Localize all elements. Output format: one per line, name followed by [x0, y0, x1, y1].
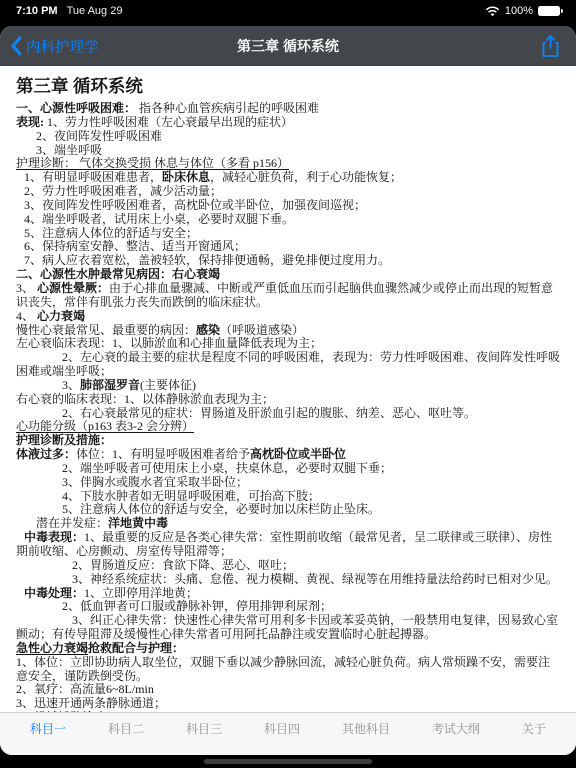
status-left: 7:10 PM Tue Aug 29	[16, 5, 122, 17]
doc-paragraph: 急性心力衰竭抢救配合与护理：	[16, 642, 560, 656]
doc-paragraph: 2、劳力性呼吸困难者，减少活动量；	[16, 185, 560, 199]
doc-paragraph: 2、左心衰的最主要的症状是程度不同的呼吸困难，表现为：劳力性呼吸困难、夜间阵发性…	[16, 351, 560, 379]
battery-percent-label: 100%	[505, 5, 533, 17]
document-view[interactable]: 第三章 循环系统 一、心源性呼吸困难： 指各种心血管疾病引起的呼吸困难表现: 1…	[0, 66, 576, 712]
doc-paragraph: 体液过多：体位：1、有明显呼吸困难者给予高枕卧位或半卧位	[16, 448, 560, 462]
document-body: 一、心源性呼吸困难： 指各种心血管疾病引起的呼吸困难表现: 1、劳力性呼吸困难（…	[16, 102, 560, 712]
tab-subject-1[interactable]: 科目一	[30, 720, 66, 737]
doc-paragraph: 一、心源性呼吸困难： 指各种心血管疾病引起的呼吸困难	[16, 102, 560, 116]
chevron-left-icon	[10, 36, 22, 56]
doc-paragraph: 3、纠正心律失常：快速性心律失常可用利多卡因或苯妥英钠，一般禁用电复律，因易致心…	[16, 614, 560, 642]
status-date: Tue Aug 29	[67, 5, 123, 17]
ipad-screen: 7:10 PM Tue Aug 29 100% 内科护理学 第三章 循环系统	[0, 0, 576, 768]
document-title: 第三章 循环系统	[16, 73, 560, 98]
doc-paragraph: 3、 心源性晕厥：由于心排血量骤减、中断或严重低血压而引起脑供血骤然减少或停止而…	[16, 282, 560, 310]
doc-paragraph: 4、端坐呼吸者，试用床上小桌，必要时双腿下垂。	[16, 213, 560, 227]
doc-paragraph: 3、夜间阵发性呼吸困难者，高枕卧位或半卧位，加强夜间巡视；	[16, 199, 560, 213]
share-button[interactable]	[541, 34, 560, 58]
doc-paragraph: 2、胃肠道反应：食欲下降、恶心、呕吐；	[16, 559, 560, 573]
doc-paragraph: 4、 心力衰竭	[16, 310, 560, 324]
doc-paragraph: 2、端坐呼吸者可使用床上小桌，扶桌休息，必要时双腿下垂；	[16, 462, 560, 476]
status-time: 7:10 PM	[16, 5, 58, 17]
doc-paragraph: 3、伴胸水或腹水者宜采取半卧位；	[16, 476, 560, 490]
battery-icon	[538, 6, 560, 16]
tab-bar: 科目一 科目二 科目三 科目四 其他科目 考试大纲 关于	[0, 712, 576, 755]
status-bar: 7:10 PM Tue Aug 29 100%	[0, 0, 576, 26]
doc-paragraph: 2、夜间阵发性呼吸困难	[16, 130, 560, 144]
doc-paragraph: 3、肺部湿罗音(主要体征)	[16, 379, 560, 393]
wifi-icon	[485, 6, 500, 17]
doc-paragraph: 中毒表现：1、最重要的反应是各类心律失常：室性期前收缩（最常见者，呈二联律或三联…	[16, 531, 560, 559]
doc-paragraph: 二、心源性水肿最常见病因：右心衰竭	[16, 268, 560, 282]
doc-paragraph: 3、神经系统症状：头痛、怠倦、视力模糊、黄视、绿视等在用维持量法给药时已相对少见…	[16, 573, 560, 587]
doc-paragraph: 1、有明显呼吸困难患者，卧床休息，减轻心脏负荷，利于心功能恢复；	[16, 171, 560, 185]
tab-subject-4[interactable]: 科目四	[264, 720, 300, 737]
tab-exam-outline[interactable]: 考试大纲	[432, 720, 480, 737]
navigation-bar: 内科护理学 第三章 循环系统	[0, 26, 576, 66]
app-window: 内科护理学 第三章 循环系统 第三章 循环系统 一、心源性呼吸困难： 指各种心血…	[0, 26, 576, 755]
status-right: 100%	[485, 5, 560, 17]
tab-subject-2[interactable]: 科目二	[108, 720, 144, 737]
tab-other-subjects[interactable]: 其他科目	[342, 720, 390, 737]
share-icon	[541, 34, 560, 58]
doc-paragraph: 1、体位：立即协助病人取坐位，双腿下垂以减少静脉回流，减轻心脏负荷。病人常烦躁不…	[16, 656, 560, 684]
doc-paragraph: 表现: 1、劳力性呼吸困难（左心衰最早出现的症状）	[16, 116, 560, 130]
back-button[interactable]: 内科护理学	[10, 36, 99, 57]
home-indicator[interactable]	[204, 759, 372, 764]
back-button-label: 内科护理学	[26, 36, 99, 57]
doc-paragraph: 右心衰的临床表现：1、以体静脉淤血表现为主；	[16, 393, 560, 407]
tab-about[interactable]: 关于	[522, 720, 546, 737]
tab-subject-3[interactable]: 科目三	[186, 720, 222, 737]
